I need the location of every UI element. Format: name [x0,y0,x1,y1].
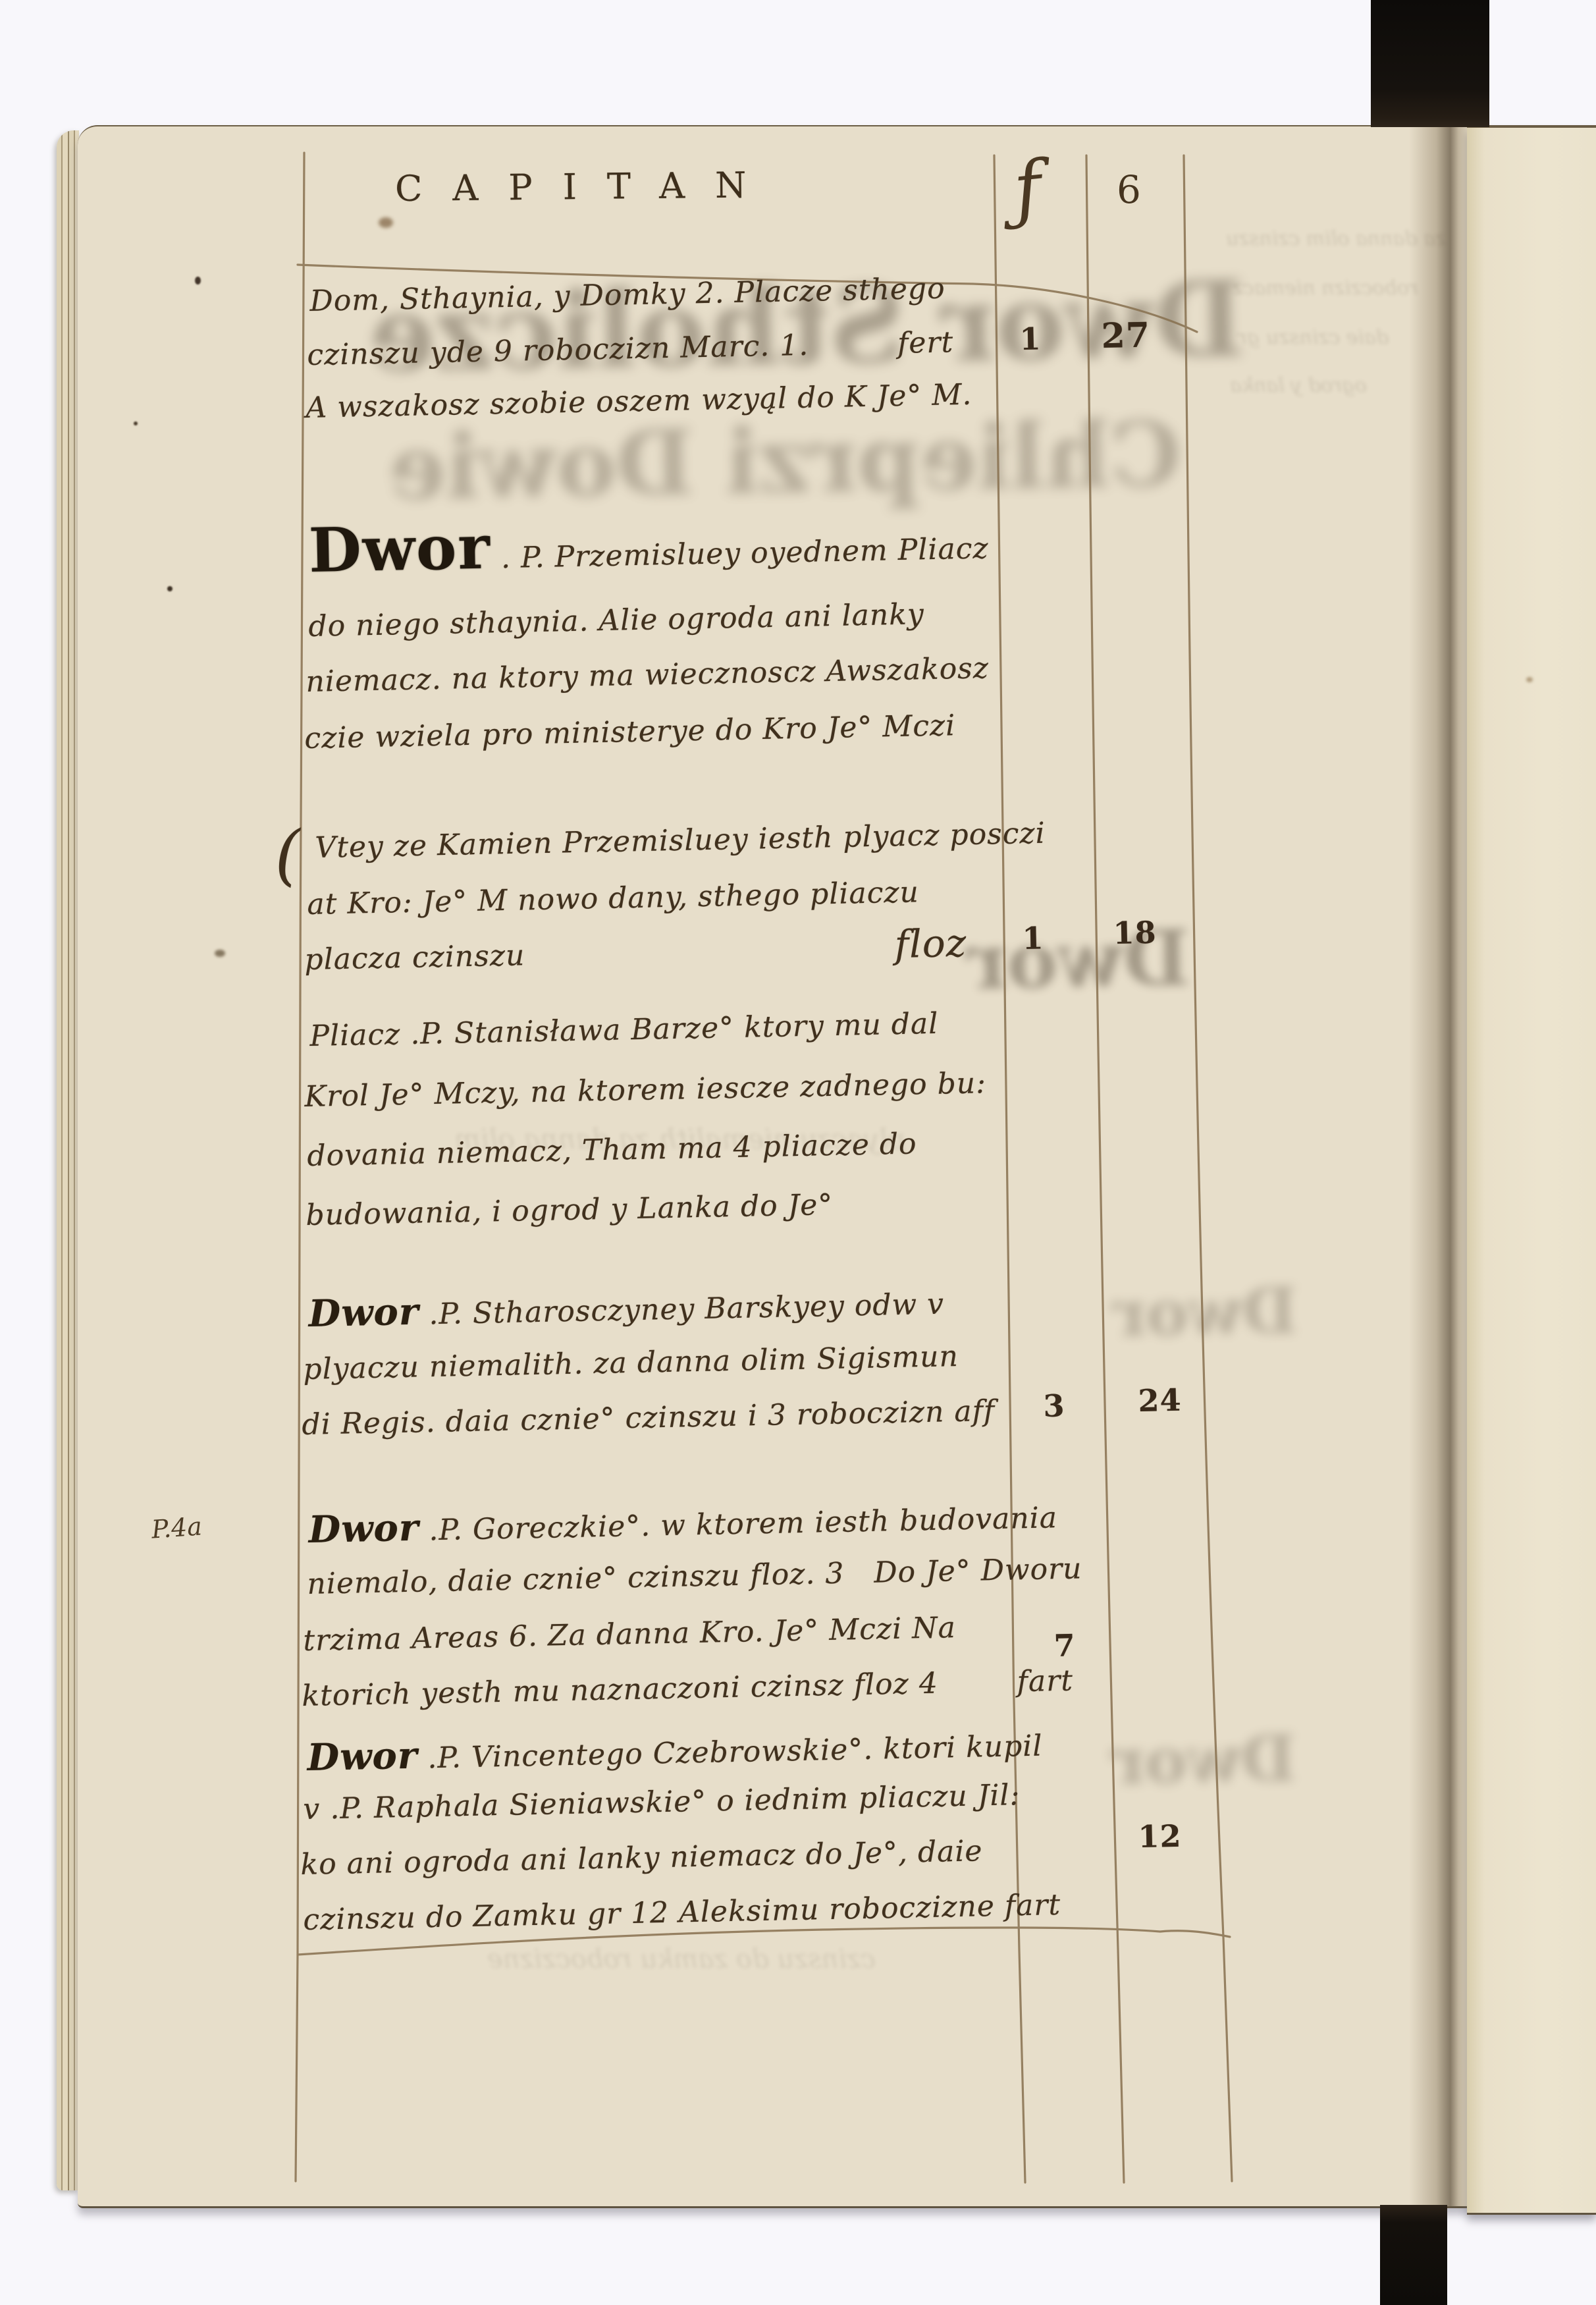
paper-stain [379,217,393,228]
column-line-3 [1184,155,1232,2181]
paper-smudge [215,950,225,957]
entry-5-heading: Dwor [308,1290,419,1336]
paper-speck [134,421,138,425]
entry-5-col-a-value: 3 [1043,1388,1065,1424]
paper-speck [1526,677,1533,682]
entry-2-heading: Dwor [308,511,492,586]
entry-6-heading: Dwor [308,1506,419,1552]
entry-3-col-a-value: 1 [1022,920,1044,956]
page-header-title: CAPITAN [395,164,777,209]
entry-2-line-1-rest: . P. Przemisluey oyednem Pliacz [491,531,989,575]
entry-1-col-a-value: 1 [1019,321,1042,357]
entry-7-heading: Dwor [307,1734,418,1779]
entry-3-currency-label: floz [894,921,967,967]
entry-1-col-b-value: 27 [1101,315,1151,356]
margin-note: P.4a [151,1511,203,1544]
entry-3-line-3: placza czinszu [304,938,525,977]
entry-5-col-b-value: 24 [1138,1382,1182,1419]
paper-speck [167,586,173,591]
column-line-1 [994,155,1025,2183]
entry-3-col-b-value: 18 [1113,915,1157,951]
column-line-2 [1086,155,1124,2183]
folio-number: 6 [1117,167,1141,212]
paper-speck [195,277,201,285]
entry-3-flourish: ( [274,816,302,894]
entry-6-col-a-value: 7 [1053,1627,1076,1664]
entry-7-col-b-value: 12 [1138,1818,1182,1855]
scanner-background: { "document": { "header": { "title": "CA… [0,0,1596,2305]
